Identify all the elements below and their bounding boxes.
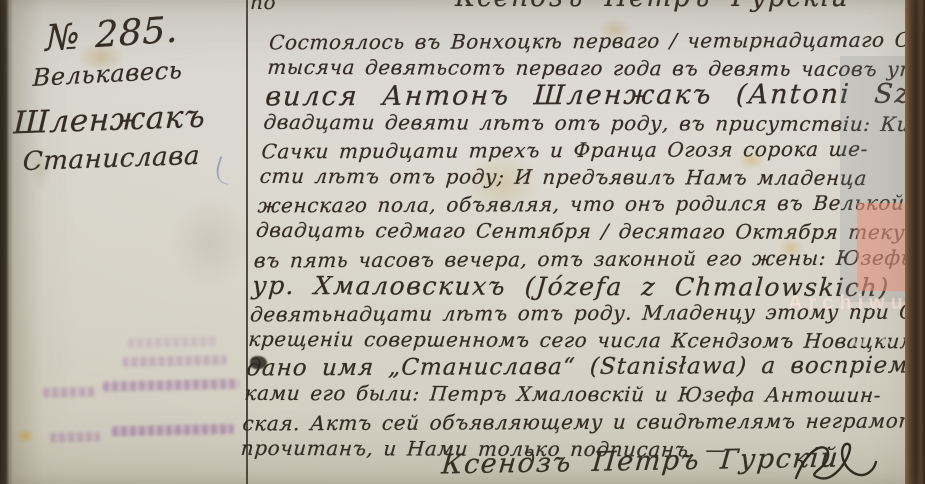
stamp-text-row bbox=[50, 432, 100, 443]
entry-given-name: Станислава bbox=[22, 141, 201, 177]
record-line: двадцать седмаго Сентября / десятаго Окт… bbox=[255, 217, 909, 246]
record-line-child-name: дано имя „Станислава“ (Stanisława) а вос… bbox=[245, 353, 899, 383]
record-line: двадцати девяти лѣтъ отъ роду, въ присут… bbox=[263, 108, 917, 137]
stamp-text-row bbox=[103, 379, 239, 392]
binding-edge bbox=[0, 0, 13, 484]
priest-signature: Ксендзъ Петръ Гурскій bbox=[440, 443, 840, 481]
record-line: сти лѣтъ отъ роду; И предъявилъ Намъ мла… bbox=[259, 163, 913, 192]
record-line: ками его были: Петръ Хмаловскій и Юзефа … bbox=[244, 380, 898, 409]
register-page-scan: № 285. Велькавесь Шленжакъ Станислава по… bbox=[0, 0, 925, 484]
entry-surname: Шленжакъ bbox=[13, 99, 206, 142]
record-line: крещеніи совершенномъ сего числа Ксендзо… bbox=[247, 326, 901, 355]
record-line: женскаго пола, объявляя, что онъ родился… bbox=[257, 190, 911, 220]
stamp-text-row bbox=[128, 336, 216, 348]
record-line: ская. Актъ сей объявляющему и свидѣтелям… bbox=[242, 407, 896, 437]
record-body: Состоялось въ Вонхоцкѣ перваго / четырна… bbox=[240, 28, 922, 463]
page-stack-edge bbox=[905, 0, 925, 484]
record-line: Сачки тридцати трехъ и Франца Огозя соро… bbox=[261, 135, 915, 165]
record-line: въ пять часовъ вечера, отъ законной его … bbox=[253, 244, 907, 274]
ink-blot bbox=[250, 356, 267, 369]
stamp-text-row bbox=[122, 355, 226, 367]
watermark-highlight-band bbox=[857, 203, 906, 291]
previous-entry-signature-fragment: Ксендзъ Петръ Гурскій bbox=[455, 0, 850, 13]
archive-watermark-text: w K bbox=[852, 330, 899, 351]
stamp-text-row bbox=[112, 424, 234, 437]
previous-entry-fragment: по bbox=[250, 0, 276, 14]
signature-flourish bbox=[790, 440, 880, 484]
record-line-father-name: вился Антонъ Шленжакъ (Antoni Szlęzak) bbox=[264, 81, 918, 111]
stamp-text-row bbox=[43, 387, 95, 398]
record-line: Состоялось въ Вонхоцкѣ перваго / четырна… bbox=[268, 27, 922, 57]
